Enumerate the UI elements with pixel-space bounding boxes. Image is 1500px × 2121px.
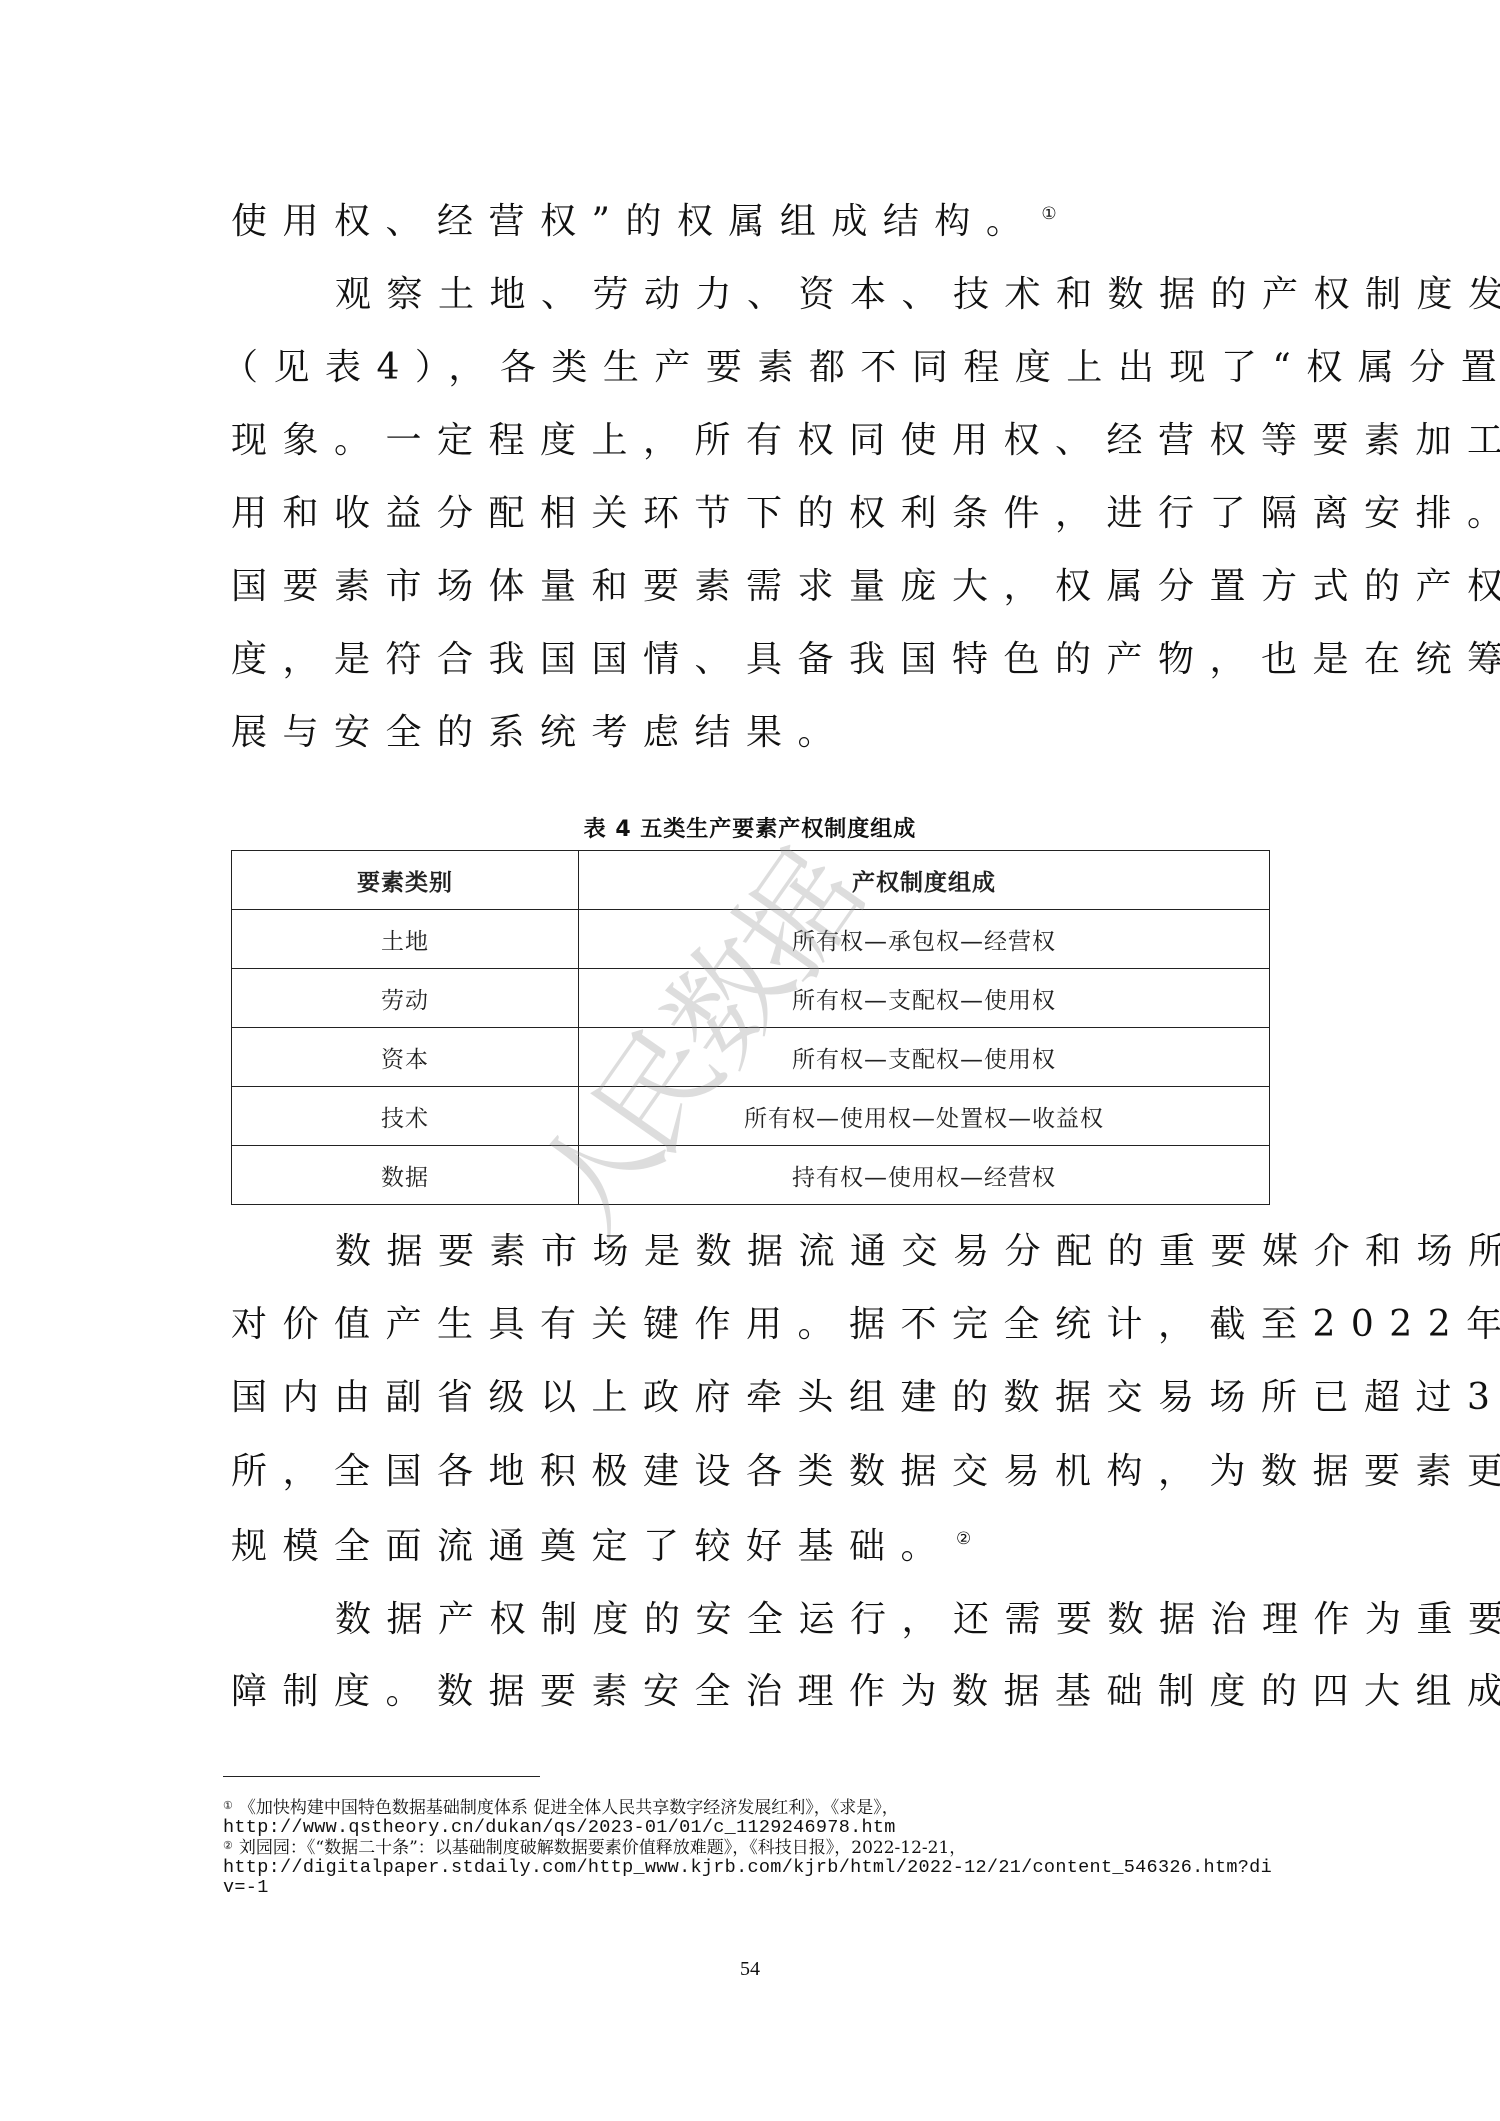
table-caption: 表 4 五类生产要素产权制度组成 [231, 815, 1269, 845]
body-line: 用和收益分配相关环节下的权利条件，进行了隔离安排。我 [231, 488, 1271, 540]
footnote-1-url[interactable]: http://www.qstheory.cn/dukan/qs/2023-01/… [223, 1817, 1283, 1839]
footnote-text: 《加快构建中国特色数据基础制度体系 促进全体人民共享数字经济发展红利》，《求是》… [239, 1798, 899, 1818]
body-line: 数据要素市场是数据流通交易分配的重要媒介和场所， [335, 1226, 1275, 1278]
table-cell-category: 数据 [232, 1146, 579, 1205]
body-line: 展与安全的系统考虑结果。 [231, 707, 1271, 759]
body-text: 使用权、经营权”的权属组成结构。 [231, 201, 1037, 242]
body-line: 所，全国各地积极建设各类数据交易机构，为数据要素更大 [231, 1446, 1271, 1498]
table-row: 土地 所有权—承包权—经营权 [232, 910, 1270, 969]
body-line: 观察土地、劳动力、资本、技术和数据的产权制度发现 [335, 269, 1275, 321]
footnote-mark: ② [223, 1839, 233, 1852]
table-row: 技术 所有权—使用权—处置权—收益权 [232, 1087, 1270, 1146]
table-cell-composition: 所有权—支配权—使用权 [579, 1028, 1270, 1087]
body-line: 对价值产生具有关键作用。据不完全统计，截至2022年底， [231, 1299, 1271, 1351]
table-cell-composition: 持有权—使用权—经营权 [579, 1146, 1270, 1205]
footnote-ref-1[interactable]: ① [1041, 204, 1056, 224]
footnote-2: ②刘园园：《“数据二十条”：以基础制度破解数据要素价值释放难题》，《科技日报》，… [223, 1837, 1283, 1859]
footnote-ref-2[interactable]: ② [956, 1529, 971, 1549]
table-cell-category: 劳动 [232, 969, 579, 1028]
table-cell-composition: 所有权—使用权—处置权—收益权 [579, 1087, 1270, 1146]
page-number: 54 [700, 1958, 800, 1981]
table-cell-composition: 所有权—支配权—使用权 [579, 969, 1270, 1028]
body-line: 数据产权制度的安全运行，还需要数据治理作为重要保 [335, 1594, 1275, 1646]
body-line: 现象。一定程度上，所有权同使用权、经营权等要素加工使 [231, 415, 1271, 467]
table-cell-category: 资本 [232, 1028, 579, 1087]
body-line: 国内由副省级以上政府牵头组建的数据交易场所已超过30 [231, 1372, 1271, 1424]
footnote-separator [223, 1776, 540, 1777]
body-text: 规模全面流通奠定了较好基础。 [231, 1526, 952, 1567]
body-line: 使用权、经营权”的权属组成结构。① [231, 196, 1271, 248]
table-row: 劳动 所有权—支配权—使用权 [232, 969, 1270, 1028]
footnote-1: ①《加快构建中国特色数据基础制度体系 促进全体人民共享数字经济发展红利》，《求是… [223, 1797, 1283, 1819]
footnote-text: 刘园园：《“数据二十条”：以基础制度破解数据要素价值释放难题》，《科技日报》，2… [239, 1838, 966, 1858]
table-cell-category: 土地 [232, 910, 579, 969]
document-page: 使用权、经营权”的权属组成结构。① 观察土地、劳动力、资本、技术和数据的产权制度… [0, 0, 1500, 2121]
column-header-composition: 产权制度组成 [579, 851, 1270, 910]
table-row: 资本 所有权—支配权—使用权 [232, 1028, 1270, 1087]
property-rights-table: 要素类别 产权制度组成 土地 所有权—承包权—经营权 劳动 所有权—支配权—使用… [231, 850, 1270, 1205]
body-line: 障制度。数据要素安全治理作为数据基础制度的四大组成部 [231, 1666, 1271, 1718]
body-line: 国要素市场体量和要素需求量庞大，权属分置方式的产权制 [231, 561, 1271, 613]
footnote-2-url[interactable]: http://digitalpaper.stdaily.com/http_www… [223, 1857, 1283, 1879]
body-line: 规模全面流通奠定了较好基础。② [231, 1521, 1271, 1573]
table-cell-composition: 所有权—承包权—经营权 [579, 910, 1270, 969]
footnote-2-url-cont[interactable]: v=-1 [223, 1877, 1283, 1899]
body-line: 度，是符合我国国情、具备我国特色的产物，也是在统筹发 [231, 634, 1271, 686]
body-line: （见表4），各类生产要素都不同程度上出现了“权属分置” [222, 342, 1262, 394]
table-cell-category: 技术 [232, 1087, 579, 1146]
column-header-category: 要素类别 [232, 851, 579, 910]
table-row: 数据 持有权—使用权—经营权 [232, 1146, 1270, 1205]
footnote-mark: ① [223, 1799, 233, 1812]
table-header-row: 要素类别 产权制度组成 [232, 851, 1270, 910]
